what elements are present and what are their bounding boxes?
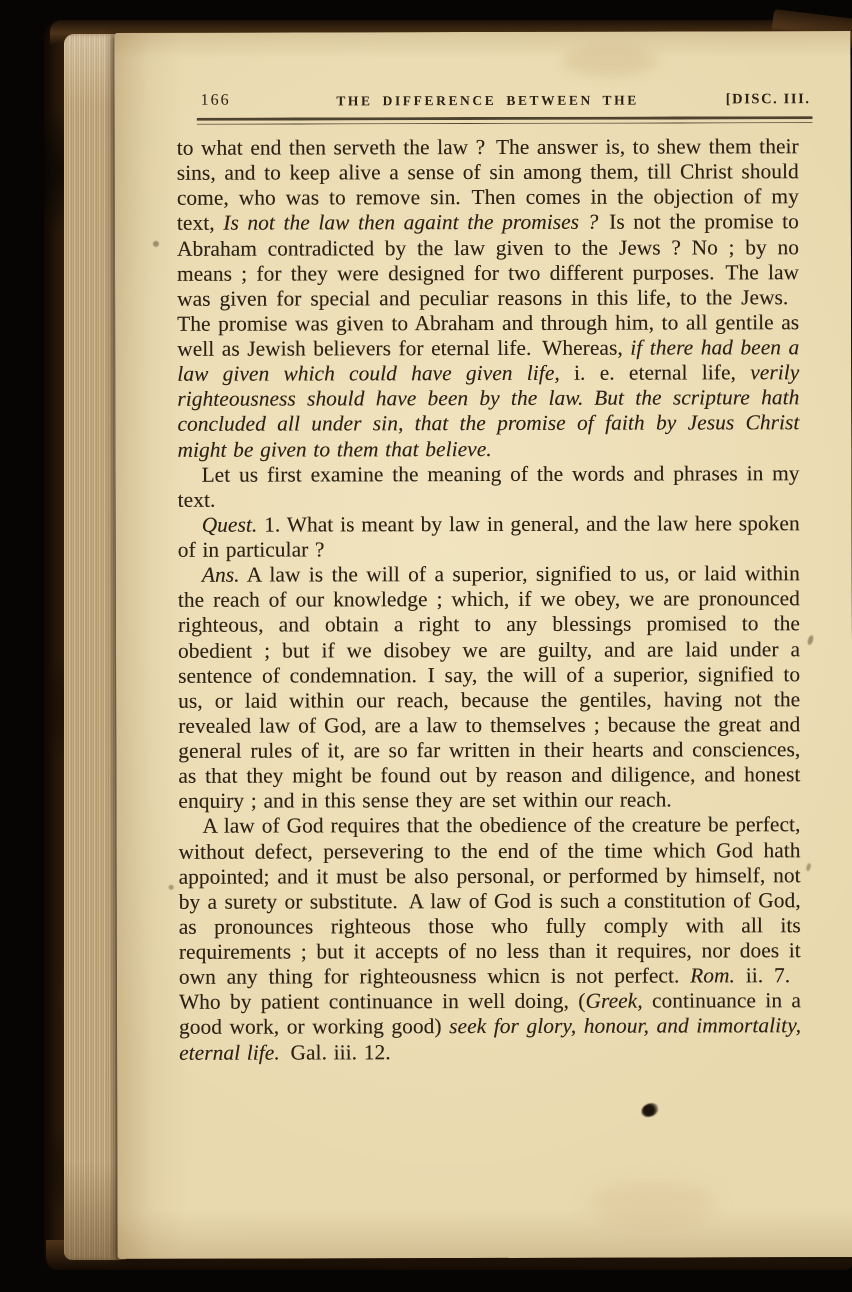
paper-speck <box>806 863 812 872</box>
page-header: 166 THE DIFFERENCE BETWEEN THE [DISC. II… <box>177 90 799 114</box>
paragraph-2: Let us first examine the meaning of the … <box>178 461 800 513</box>
screenshot-root: { "page_header": { "page_number": "166",… <box>0 0 852 1292</box>
paper-speck <box>153 241 159 247</box>
header-double-rule <box>197 116 813 125</box>
italic-text-run: Rom. <box>690 963 735 987</box>
text-run: i. e. eternal life, <box>574 360 750 384</box>
text-run: A law of God requires that the obedience… <box>179 813 801 989</box>
paragraph-5: A law of God requires that the obedience… <box>178 813 801 1066</box>
book-photograph: 166 THE DIFFERENCE BETWEEN THE [DISC. II… <box>0 0 852 1292</box>
italic-text-run: Greek, <box>585 989 642 1013</box>
paragraph-3: Quest. 1. What is meant by law in genera… <box>178 511 800 563</box>
paper-speck <box>807 635 815 646</box>
text-run: Let us first examine the meaning of the … <box>178 461 800 512</box>
page-content-area: 166 THE DIFFERENCE BETWEEN THE [DISC. II… <box>176 31 801 1259</box>
paper-speck <box>169 885 174 890</box>
italic-text-run: Is not the law then againt the promises … <box>223 210 609 235</box>
section-label: [DISC. III. <box>726 91 811 108</box>
book-page: 166 THE DIFFERENCE BETWEEN THE [DISC. II… <box>114 31 852 1259</box>
running-title: THE DIFFERENCE BETWEEN THE <box>177 92 799 110</box>
text-run: A law is the will of a superior, signifi… <box>178 561 801 813</box>
text-run: 1. What is meant by law in general, and … <box>178 511 800 562</box>
italic-text-run: Ans. <box>202 563 240 587</box>
page-body: to what end then serveth the law ? The a… <box>177 134 801 1065</box>
italic-text-run: Quest. <box>202 512 258 536</box>
text-run: Gal. iii. 12. <box>280 1040 391 1064</box>
paragraph-1: to what end then serveth the law ? The a… <box>177 134 800 462</box>
paragraph-4: Ans. A law is the will of a superior, si… <box>178 561 801 814</box>
